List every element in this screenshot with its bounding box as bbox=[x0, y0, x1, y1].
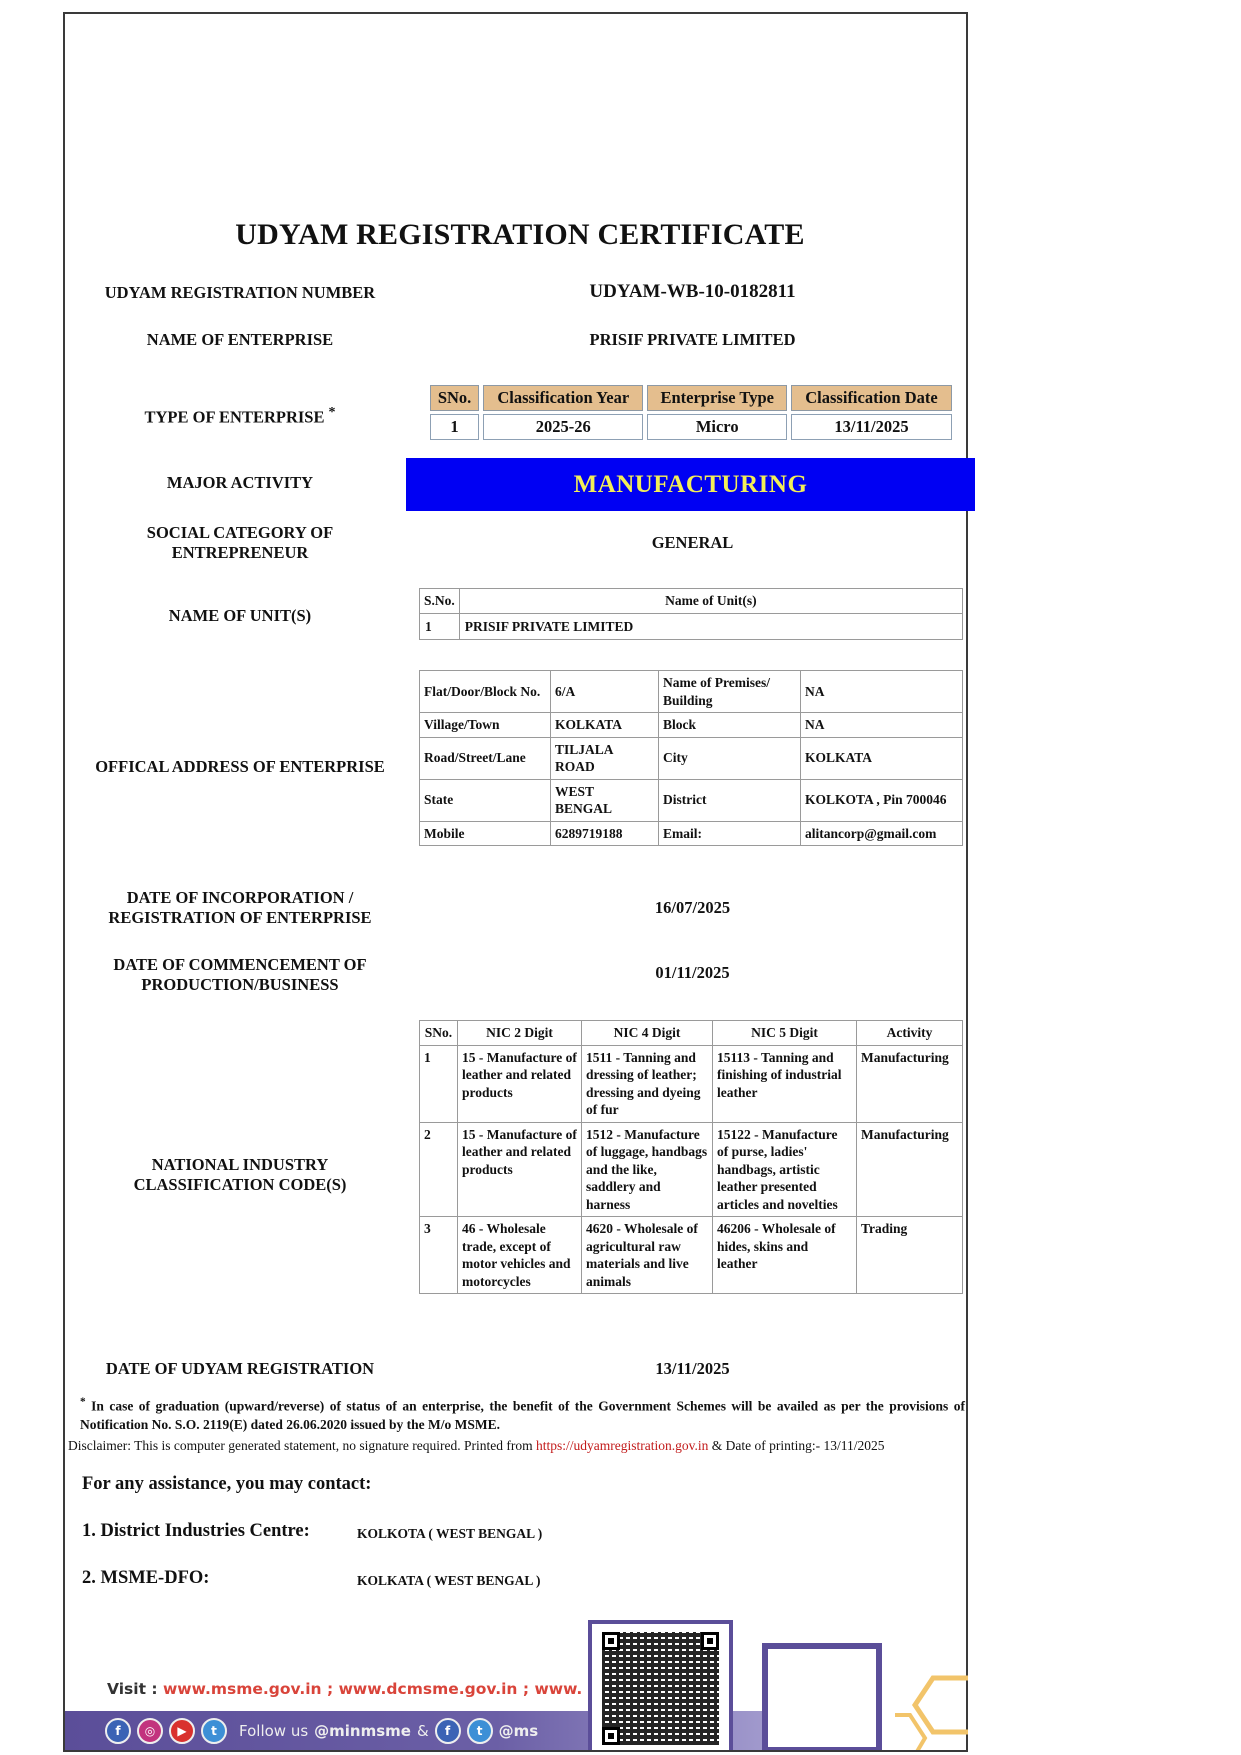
address-field-value: KOLKOTA , Pin 700046 bbox=[801, 779, 963, 821]
registration-number: UDYAM-WB-10-0182811 bbox=[420, 281, 965, 303]
classification-table: SNo.Classification YearEnterprise TypeCl… bbox=[426, 382, 956, 443]
address-field-value: WEST BENGAL bbox=[551, 779, 659, 821]
address-field-value: 6289719188 bbox=[551, 821, 659, 846]
classification-header: SNo. bbox=[430, 385, 479, 411]
registration-number-label: UDYAM REGISTRATION NUMBER bbox=[75, 283, 405, 303]
address-table: Flat/Door/Block No.6/AName of Premises/ … bbox=[419, 670, 963, 846]
address-field-label: Road/Street/Lane bbox=[420, 737, 551, 779]
major-activity-banner: MANUFACTURING bbox=[406, 458, 975, 511]
address-field-value: 6/A bbox=[551, 671, 659, 713]
address-field-label: Email: bbox=[659, 821, 801, 846]
social-category: GENERAL bbox=[420, 533, 965, 553]
table-row: 215 - Manufacture of leather and related… bbox=[420, 1122, 963, 1217]
graduation-footnote: * In case of graduation (upward/reverse)… bbox=[80, 1393, 965, 1434]
nic-header: NIC 4 Digit bbox=[582, 1021, 713, 1046]
address-field-value: alitancorp@gmail.com bbox=[801, 821, 963, 846]
classification-cell: 13/11/2025 bbox=[791, 414, 952, 440]
table-row: Village/TownKOLKATABlockNA bbox=[420, 713, 963, 738]
nic-header: Activity bbox=[857, 1021, 963, 1046]
address-field-value: KOLKATA bbox=[801, 737, 963, 779]
nic-cell: 15 - Manufacture of leather and related … bbox=[458, 1122, 582, 1217]
udyam-date-label: DATE OF UDYAM REGISTRATION bbox=[75, 1359, 405, 1379]
units-header: S.No. bbox=[420, 589, 460, 614]
certificate-title: UDYAM REGISTRATION CERTIFICATE bbox=[0, 218, 1040, 252]
classification-header: Classification Date bbox=[791, 385, 952, 411]
table-row: 115 - Manufacture of leather and related… bbox=[420, 1045, 963, 1122]
nic-cell: Trading bbox=[857, 1217, 963, 1294]
commencement-date: 01/11/2025 bbox=[420, 963, 965, 983]
table-row: StateWEST BENGALDistrictKOLKOTA , Pin 70… bbox=[420, 779, 963, 821]
nic-label: NATIONAL INDUSTRYCLASSIFICATION CODE(S) bbox=[75, 1155, 405, 1195]
assistance-contact-dic-label: 1. District Industries Centre: bbox=[82, 1521, 310, 1542]
nic-table: SNo.NIC 2 DigitNIC 4 DigitNIC 5 DigitAct… bbox=[419, 1020, 963, 1294]
address-field-label: Mobile bbox=[420, 821, 551, 846]
nic-cell: 2 bbox=[420, 1122, 458, 1217]
address-label: OFFICAL ADDRESS OF ENTERPRISE bbox=[75, 757, 405, 777]
address-field-value: NA bbox=[801, 671, 963, 713]
nic-cell: 1 bbox=[420, 1045, 458, 1122]
msme-footer-banner: Visit : www.msme.gov.in ; www.dcmsme.gov… bbox=[65, 1615, 968, 1750]
address-field-value: NA bbox=[801, 713, 963, 738]
nic-cell: 4620 - Wholesale of agricultural raw mat… bbox=[582, 1217, 713, 1294]
classification-header: Enterprise Type bbox=[647, 385, 787, 411]
table-row: 12025-26Micro13/11/2025 bbox=[430, 414, 952, 440]
hexagon-decoration-icon bbox=[895, 1660, 968, 1750]
address-field-label: State bbox=[420, 779, 551, 821]
nic-header: SNo. bbox=[420, 1021, 458, 1046]
classification-header: Classification Year bbox=[483, 385, 643, 411]
twitter-icon[interactable]: t bbox=[201, 1718, 227, 1744]
classification-cell: 1 bbox=[430, 414, 479, 440]
nic-cell: 1511 - Tanning and dressing of leather; … bbox=[582, 1045, 713, 1122]
qr-finder-icon bbox=[602, 1727, 620, 1745]
nic-cell: Manufacturing bbox=[857, 1045, 963, 1122]
units-header: Name of Unit(s) bbox=[459, 589, 962, 614]
commencement-date-label: DATE OF COMMENCEMENT OFPRODUCTION/BUSINE… bbox=[75, 955, 405, 995]
youtube-icon[interactable]: ▶ bbox=[169, 1718, 195, 1744]
units-cell: PRISIF PRIVATE LIMITED bbox=[459, 613, 962, 640]
facebook-icon[interactable]: f bbox=[435, 1718, 461, 1744]
assistance-contact-dfo-value: KOLKATA ( WEST BENGAL ) bbox=[357, 1573, 541, 1589]
address-field-label: Block bbox=[659, 713, 801, 738]
social-follow: f ◎ ▶ t Follow us @minmsme & f t @ms bbox=[105, 1718, 538, 1744]
nic-cell: 15122 - Manufacture of purse, ladies' ha… bbox=[713, 1122, 857, 1217]
address-field-label: Village/Town bbox=[420, 713, 551, 738]
udyam-date: 13/11/2025 bbox=[420, 1359, 965, 1379]
qr-finder-icon bbox=[701, 1632, 719, 1650]
address-field-label: Name of Premises/ Building bbox=[659, 671, 801, 713]
enterprise-type-label: TYPE OF ENTERPRISE* bbox=[75, 403, 405, 428]
nic-cell: 46 - Wholesale trade, except of motor ve… bbox=[458, 1217, 582, 1294]
nic-header: NIC 5 Digit bbox=[713, 1021, 857, 1046]
units-label: NAME OF UNIT(S) bbox=[75, 606, 405, 626]
address-field-value: TILJALA ROAD bbox=[551, 737, 659, 779]
classification-cell: Micro bbox=[647, 414, 787, 440]
classification-cell: 2025-26 bbox=[483, 414, 643, 440]
incorporation-date: 16/07/2025 bbox=[420, 898, 965, 918]
udyam-portal-link[interactable]: https://udyamregistration.gov.in bbox=[536, 1438, 708, 1453]
qr-finder-icon bbox=[602, 1632, 620, 1650]
table-row: Road/Street/LaneTILJALA ROADCityKOLKATA bbox=[420, 737, 963, 779]
instagram-icon[interactable]: ◎ bbox=[137, 1718, 163, 1744]
disclaimer: Disclaimer: This is computer generated s… bbox=[68, 1438, 973, 1454]
address-field-value: KOLKATA bbox=[551, 713, 659, 738]
address-field-label: Flat/Door/Block No. bbox=[420, 671, 551, 713]
social-category-label: SOCIAL CATEGORY OFENTREPRENEUR bbox=[75, 523, 405, 563]
assistance-heading: For any assistance, you may contact: bbox=[82, 1474, 371, 1495]
address-field-label: City bbox=[659, 737, 801, 779]
facebook-icon[interactable]: f bbox=[105, 1718, 131, 1744]
units-cell: 1 bbox=[420, 613, 460, 640]
twitter-icon[interactable]: t bbox=[467, 1718, 493, 1744]
table-row: 1PRISIF PRIVATE LIMITED bbox=[420, 613, 963, 640]
nic-cell: 3 bbox=[420, 1217, 458, 1294]
nic-cell: 1512 - Manufacture of luggage, handbags … bbox=[582, 1122, 713, 1217]
photo-frame bbox=[762, 1643, 882, 1750]
nic-header: NIC 2 Digit bbox=[458, 1021, 582, 1046]
enterprise-name-label: NAME OF ENTERPRISE bbox=[75, 330, 405, 350]
major-activity-label: MAJOR ACTIVITY bbox=[75, 473, 405, 493]
nic-cell: 15113 - Tanning and finishing of industr… bbox=[713, 1045, 857, 1122]
nic-cell: Manufacturing bbox=[857, 1122, 963, 1217]
assistance-contact-dfo-label: 2. MSME-DFO: bbox=[82, 1568, 209, 1589]
table-row: Mobile6289719188Email:alitancorp@gmail.c… bbox=[420, 821, 963, 846]
enterprise-name: PRISIF PRIVATE LIMITED bbox=[420, 330, 965, 350]
address-field-label: District bbox=[659, 779, 801, 821]
nic-cell: 46206 - Wholesale of hides, skins and le… bbox=[713, 1217, 857, 1294]
table-row: Flat/Door/Block No.6/AName of Premises/ … bbox=[420, 671, 963, 713]
table-row: 346 - Wholesale trade, except of motor v… bbox=[420, 1217, 963, 1294]
assistance-contact-dic-value: KOLKOTA ( WEST BENGAL ) bbox=[357, 1526, 542, 1542]
nic-cell: 15 - Manufacture of leather and related … bbox=[458, 1045, 582, 1122]
qr-code bbox=[588, 1620, 733, 1750]
incorporation-date-label: DATE OF INCORPORATION /REGISTRATION OF E… bbox=[75, 888, 405, 928]
units-table: S.No.Name of Unit(s) 1PRISIF PRIVATE LIM… bbox=[419, 588, 963, 640]
